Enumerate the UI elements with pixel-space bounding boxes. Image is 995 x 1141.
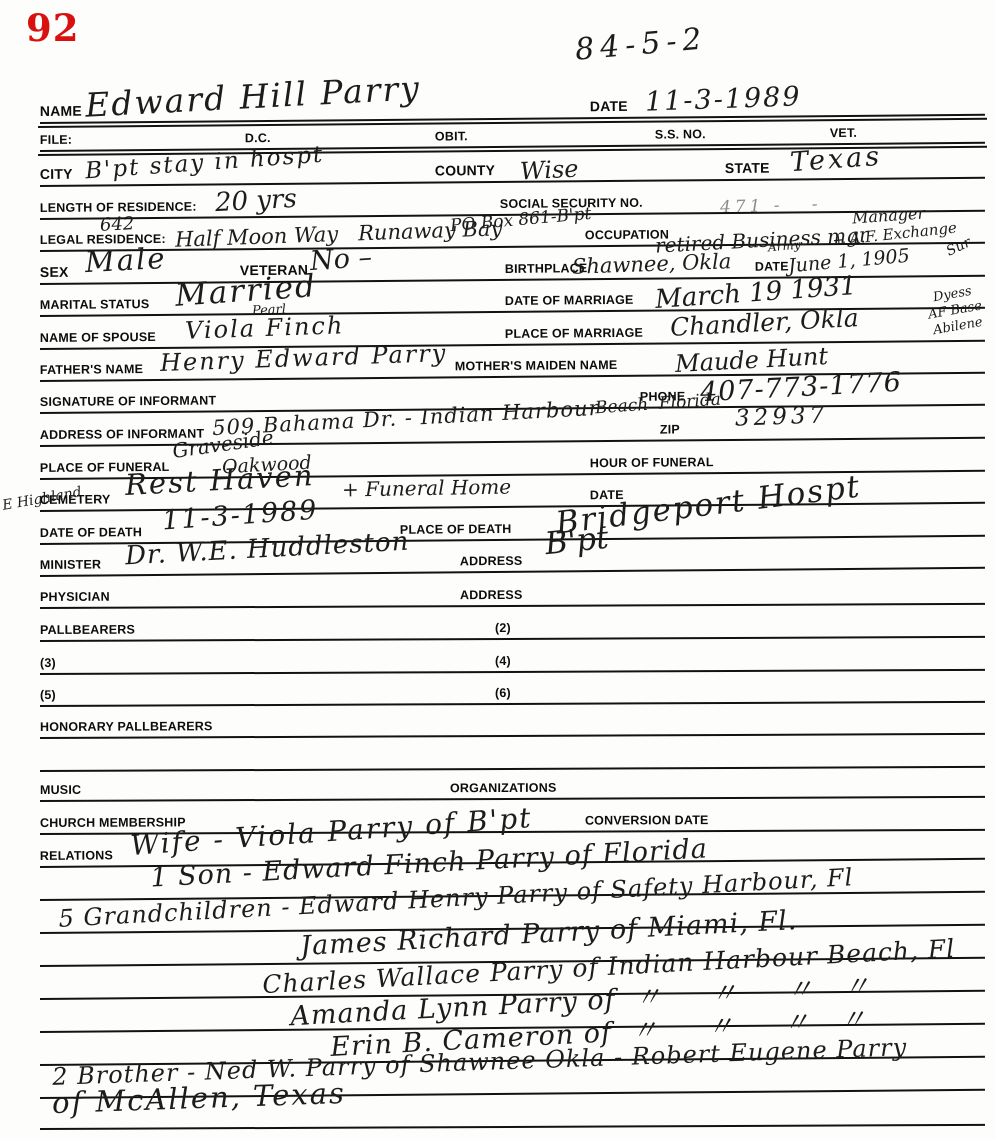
minister-address-label: ADDRESS xyxy=(460,554,523,569)
pallbearer-3-label: (3) xyxy=(40,656,56,670)
county-label: COUNTY xyxy=(435,162,495,179)
row-pallbearers: PALLBEARERS (2) xyxy=(40,610,985,642)
marital-status-label: MARITAL STATUS xyxy=(40,297,150,312)
row-pallbearers-3-4: (3) (4) xyxy=(40,643,985,675)
sex-label: SEX xyxy=(40,264,69,280)
social-security-value: 471 - - xyxy=(720,196,822,217)
zip-value: 32937 xyxy=(735,404,829,430)
length-of-residence-value: 20 yrs xyxy=(214,186,297,216)
vet-label: VET. xyxy=(830,126,857,140)
date-of-death-label: DATE OF DEATH xyxy=(40,525,142,540)
organizations-label: ORGANIZATIONS xyxy=(450,781,557,795)
legal-residence-number: 642 xyxy=(100,215,135,235)
page-number: 92 xyxy=(26,6,80,50)
state-label: STATE xyxy=(725,160,770,176)
pallbearer-6-label: (6) xyxy=(495,686,511,700)
minister-label: MINISTER xyxy=(40,557,101,572)
dc-label: D.C. xyxy=(245,131,271,145)
place-of-death-label: PLACE OF DEATH xyxy=(400,522,512,537)
date-value: 11-3-1989 xyxy=(645,83,802,115)
file-label: FILE: xyxy=(40,133,72,147)
name-label: NAME xyxy=(40,103,82,119)
minister-address-value: B'pt xyxy=(544,523,611,560)
place-of-marriage-label: PLACE OF MARRIAGE xyxy=(505,326,643,341)
row-physician: PHYSICIAN ADDRESS xyxy=(40,577,985,609)
handwritten-file-code: 84-5-2 xyxy=(574,24,709,65)
name-of-spouse-label: NAME OF SPOUSE xyxy=(40,330,156,345)
row-pallbearers-5-6: (5) (6) xyxy=(40,675,985,707)
army-note: Army xyxy=(768,239,801,254)
sex-value: Male xyxy=(84,244,167,277)
pallbearer-2-label: (2) xyxy=(495,621,511,635)
birthdate-label: DATE xyxy=(755,259,789,273)
signature-of-informant-label: SIGNATURE OF INFORMANT xyxy=(40,393,217,409)
date-of-marriage-label: DATE OF MARRIAGE xyxy=(505,293,634,308)
conversion-date-label: CONVERSION DATE xyxy=(585,813,709,828)
obit-label: OBIT. xyxy=(435,129,468,143)
relations-label: RELATIONS xyxy=(40,848,113,863)
physician-address-label: ADDRESS xyxy=(460,588,523,602)
pallbearers-label: PALLBEARERS xyxy=(40,623,135,637)
cemetery-value2: + Funeral Home xyxy=(342,477,511,500)
pallbearer-5-label: (5) xyxy=(40,688,56,702)
funeral-record-scan: 92 84-5-2 NAME DATE Edward Hill Parry 11… xyxy=(0,0,995,1141)
date-label: DATE xyxy=(590,98,628,114)
ssno-label: S.S. NO. xyxy=(655,127,706,141)
pallbearer-4-label: (4) xyxy=(495,654,511,668)
fathers-name-label: FATHER'S NAME xyxy=(40,362,143,377)
length-of-residence-label: LENGTH OF RESIDENCE: xyxy=(40,200,197,215)
city-label: CITY xyxy=(40,166,73,182)
state-value: Texas xyxy=(789,143,883,176)
physician-label: PHYSICIAN xyxy=(40,590,110,604)
row-music: MUSIC ORGANIZATIONS xyxy=(40,770,985,802)
row-honorary-pallbearers: HONORARY PALLBEARERS xyxy=(40,707,985,739)
hour-of-funeral-label: HOUR OF FUNERAL xyxy=(590,455,714,470)
birthplace-value: Shawnee, Okla xyxy=(572,251,732,278)
honorary-pallbearers-label: HONORARY PALLBEARERS xyxy=(40,719,213,734)
music-label: MUSIC xyxy=(40,783,81,797)
row-blank xyxy=(40,740,985,772)
spouse-value: Viola Finch xyxy=(185,313,345,343)
mothers-maiden-name-label: MOTHER'S MAIDEN NAME xyxy=(455,358,618,373)
county-value: Wise xyxy=(519,156,579,183)
veteran-value: No – xyxy=(309,244,373,275)
zip-label: ZIP xyxy=(660,422,680,436)
